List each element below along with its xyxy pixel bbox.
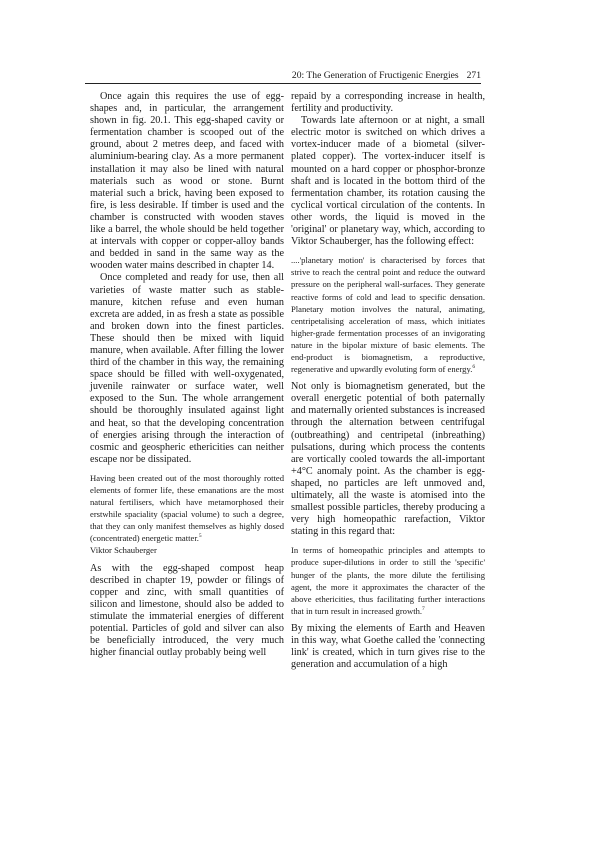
paragraph: As with the egg-shaped compost heap desc… (90, 563, 284, 660)
paragraph: Not only is biomagnetism generated, but … (291, 381, 485, 538)
paragraph: By mixing the elements of Earth and Heav… (291, 623, 485, 671)
paragraph: Towards late afternoon or at night, a sm… (291, 115, 485, 248)
right-column: repaid by a corresponding increase in he… (291, 91, 485, 671)
paragraph: repaid by a corresponding increase in he… (291, 91, 485, 115)
running-header: 20: The Generation of Fructigenic Energi… (85, 70, 481, 84)
chapter-title: 20: The Generation of Fructigenic Energi… (292, 70, 459, 81)
quote-text: Having been created out of the most thor… (90, 473, 284, 543)
block-quote: ....'planetary motion' is characterised … (291, 254, 485, 375)
paragraph: Once completed and ready for use, then a… (90, 272, 284, 466)
block-quote: Having been created out of the most thor… (90, 472, 284, 557)
page-number: 271 (467, 70, 481, 81)
quote-attribution: Viktor Schauberger (90, 544, 284, 556)
block-quote: In terms of homeopathic principles and a… (291, 544, 485, 617)
footnote-marker: 6 (472, 364, 475, 370)
quote-text: In terms of homeopathic principles and a… (291, 545, 485, 615)
footnote-marker: 5 (199, 533, 202, 539)
quote-text: ....'planetary motion' is characterised … (291, 255, 485, 374)
footnote-marker: 7 (422, 606, 425, 612)
left-column: Once again this requires the use of egg-… (90, 91, 284, 659)
paragraph: Once again this requires the use of egg-… (90, 91, 284, 272)
